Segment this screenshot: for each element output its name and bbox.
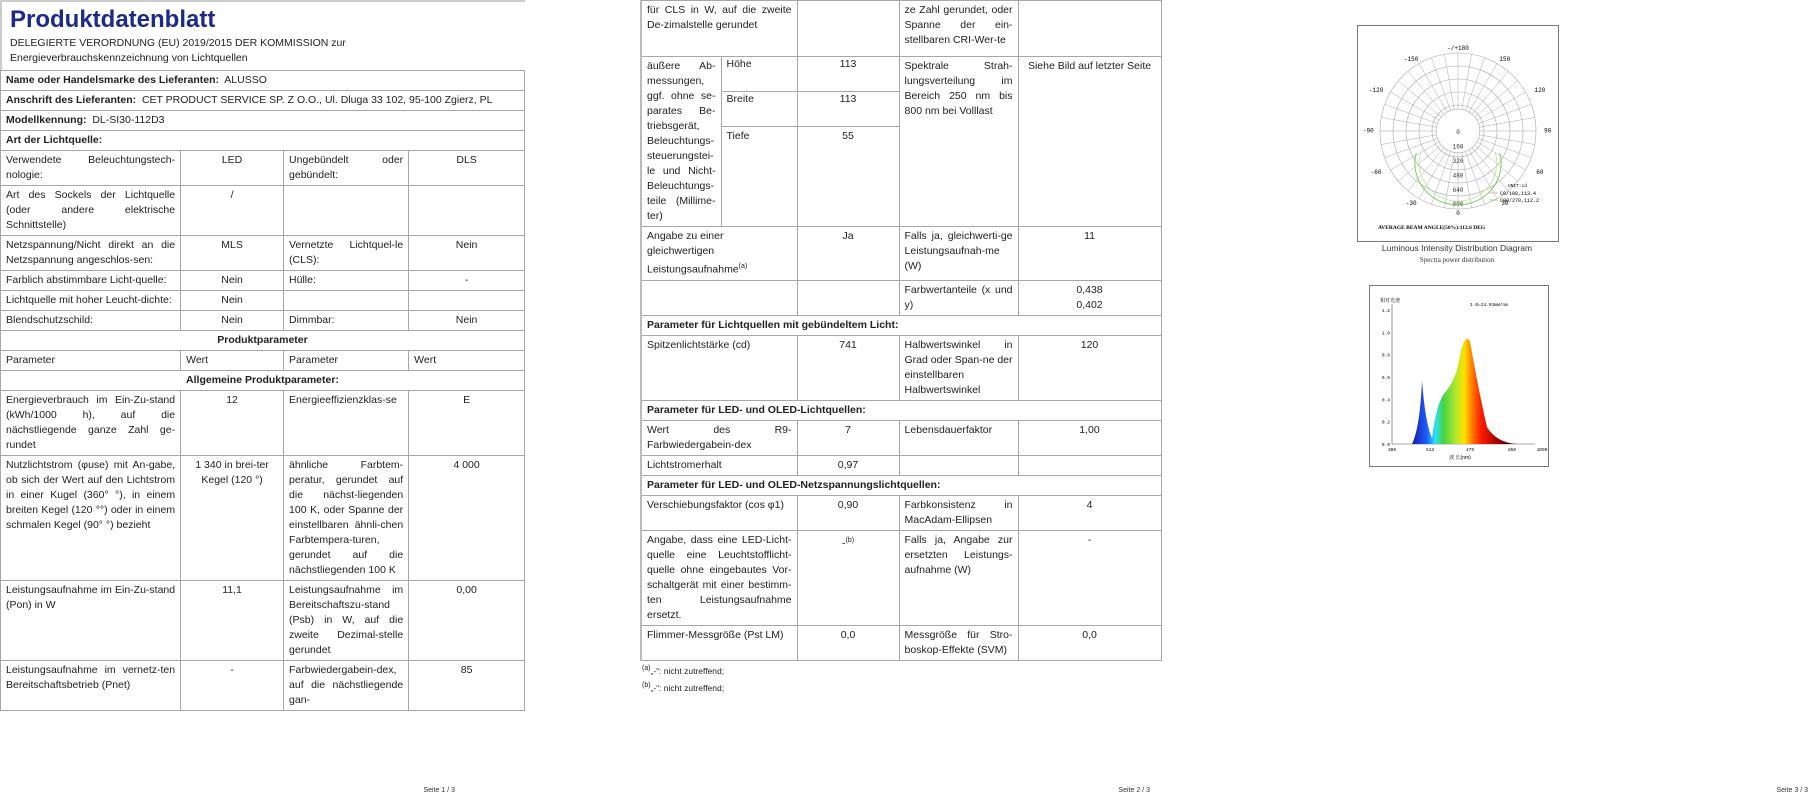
supplier-value: ALUSSO xyxy=(224,74,267,86)
svg-text:AVERAGE BEAM ANGLE(50%):112.6: AVERAGE BEAM ANGLE(50%):112.6 DEG xyxy=(1378,224,1486,231)
param-label: Lichtstromerhalt xyxy=(641,455,797,475)
svg-text:-120: -120 xyxy=(1369,87,1384,94)
svg-text:0.4: 0.4 xyxy=(1382,397,1390,403)
param-label: Leistungsaufnahme im Ein-Zu-stand (Pon) … xyxy=(1,581,181,661)
footnote-b-text: „-“: nicht zutreffend; xyxy=(651,683,725,693)
peak-intensity-value: 741 xyxy=(797,335,899,400)
footnote-b-mark: (b) xyxy=(642,682,651,689)
param-value: 0,00 xyxy=(409,581,525,661)
table-row: Wert des R9-Farbwiedergabein-dex7Lebensd… xyxy=(641,420,1161,455)
regulation-line-2: Energieverbrauchskennzeichnung von Licht… xyxy=(10,51,517,66)
chromaticity-row: Farbwertanteile (x und y) 0,4380,402 xyxy=(641,280,1161,315)
model-label: Modellkennung: xyxy=(6,114,87,126)
col-header-parameter-2: Parameter xyxy=(284,351,409,371)
supplier-row: Name oder Handelsmarke des Lieferanten: … xyxy=(1,71,525,91)
dimension-depth-value: 55 xyxy=(797,127,899,227)
param-label: Energieeffizienzklas-se xyxy=(284,391,409,456)
param-label xyxy=(284,291,409,311)
svg-text:0.6: 0.6 xyxy=(1382,375,1390,381)
param-value: - xyxy=(181,661,284,711)
polar-chart: -/+180-150150-120120-9090-6060-303000160… xyxy=(1358,26,1558,241)
page-1: Produktdatenblatt DELEGIERTE VERORDNUNG … xyxy=(0,0,525,800)
table-row: Leistungsaufnahme im vernetz-ten Bereits… xyxy=(1,661,525,711)
equivalent-power-label: Angabe zu einer gleichwertigen Leistungs… xyxy=(647,230,739,276)
table-row: Flimmer-Messgröße (Pst LM)0,0Messgröße f… xyxy=(641,625,1161,660)
table-row: Art des Sockels der Lichtquelle (oder an… xyxy=(1,186,525,236)
param-value: Nein xyxy=(181,291,284,311)
param-value xyxy=(409,186,525,236)
svg-text:480: 480 xyxy=(1453,172,1464,179)
table-row: Farblich abstimmbare Licht-quelle:NeinHü… xyxy=(1,271,525,291)
model-row: Modellkennung: DL-SI30-112D3 xyxy=(1,111,525,131)
param-value: 1,00 xyxy=(1018,420,1161,455)
equivalent-power-row: Angabe zu einer gleichwertigen Leistungs… xyxy=(641,227,1161,281)
address-row: Anschrift des Lieferanten: CET PRODUCT S… xyxy=(1,91,525,111)
param-value: 4 000 xyxy=(409,456,525,581)
svg-text:C0/180,113.4: C0/180,113.4 xyxy=(1500,191,1536,197)
param-label xyxy=(899,455,1018,475)
svg-text:850: 850 xyxy=(1508,447,1516,453)
document-title: Produktdatenblatt xyxy=(0,0,525,36)
section-led-oled: Parameter für LED- und OLED-Lichtquellen… xyxy=(641,400,1161,420)
table-row: für CLS in W, auf die zweite De-zimalste… xyxy=(641,1,1161,57)
section-led-oled-mains: Parameter für LED- und OLED-Netzspannung… xyxy=(641,475,1161,495)
svg-text:0.8: 0.8 xyxy=(1382,353,1390,359)
param-value: 1 340 in brei-ter Kegel (120 °) xyxy=(181,456,284,581)
table-row: Lichtquelle mit hoher Leucht-dichte:Nein xyxy=(1,291,525,311)
param-value xyxy=(1018,1,1161,57)
param-value: 0,90 xyxy=(797,495,899,530)
param-value xyxy=(1018,455,1161,475)
table-row: Angabe, dass eine LED-Licht-quelle eine … xyxy=(641,530,1161,625)
param-value: 0,97 xyxy=(797,455,899,475)
param-label: Angabe, dass eine LED-Licht-quelle eine … xyxy=(641,530,797,625)
svg-text:1.2: 1.2 xyxy=(1382,308,1390,314)
svg-text:1.0=24.01mW/nm: 1.0=24.01mW/nm xyxy=(1470,302,1508,308)
param-value: 0,0 xyxy=(1018,625,1161,660)
param-label: für CLS in W, auf die zweite De-zimalste… xyxy=(641,1,797,57)
chromaticity-y: 0,402 xyxy=(1024,298,1156,313)
polar-caption: Luminous Intensity Distribution Diagram xyxy=(1357,243,1557,253)
param-value: Nein xyxy=(181,271,284,291)
param-value: 11,1 xyxy=(181,581,284,661)
spectral-power-distribution: 1.21.00.80.60.40.20.0相对光谱1.0=24.01mW/nm3… xyxy=(1369,285,1549,467)
equivalent-wattage-value: 11 xyxy=(1018,227,1161,281)
svg-text:-30: -30 xyxy=(1406,200,1417,207)
param-value: Nein xyxy=(409,311,525,331)
equivalent-power-value: Ja xyxy=(797,227,899,281)
dimension-height-value: 113 xyxy=(797,57,899,92)
table-row: Netzspannung/Nicht direkt an die Netzspa… xyxy=(1,236,525,271)
param-value: E xyxy=(409,391,525,456)
dimension-height-label: Höhe xyxy=(721,57,797,92)
param-value: 12 xyxy=(181,391,284,456)
directional-row: Spitzenlichtstärke (cd) 741 Halbwertswin… xyxy=(641,335,1161,400)
column-header-row: Parameter Wert Parameter Wert xyxy=(1,351,525,371)
spectral-distribution-value: Siehe Bild auf letzter Seite xyxy=(1018,57,1161,227)
section-product-parameters: Produktparameter xyxy=(1,331,525,351)
param-label: Art des Sockels der Lichtquelle (oder an… xyxy=(1,186,181,236)
footnote-marker-a: (a) xyxy=(739,263,748,270)
dimensions-row: äußere Ab-messungen, ggf. ohne se-parate… xyxy=(641,57,1161,92)
param-value: DLS xyxy=(409,151,525,186)
regulation-reference: DELEGIERTE VERORDNUNG (EU) 2019/2015 DER… xyxy=(0,36,525,70)
param-label: Dimmbar: xyxy=(284,311,409,331)
table-row: Blendschutzschild:NeinDimmbar:Nein xyxy=(1,311,525,331)
model-value: DL-SI30-112D3 xyxy=(92,114,164,126)
param-label: Farblich abstimmbare Licht-quelle: xyxy=(1,271,181,291)
svg-text:相对光谱: 相对光谱 xyxy=(1380,297,1400,304)
param-label: Verschiebungsfaktor (cos φ1) xyxy=(641,495,797,530)
table-row: Nutzlichtstrom (φuse) mit An-gabe, ob si… xyxy=(1,456,525,581)
svg-text:150: 150 xyxy=(1499,56,1510,63)
svg-text:320: 320 xyxy=(1453,158,1464,165)
col-header-parameter: Parameter xyxy=(1,351,181,371)
param-label: Vernetzte Lichtquel-le (CLS): xyxy=(284,236,409,271)
svg-text:UNIT:cd: UNIT:cd xyxy=(1508,183,1527,189)
param-value xyxy=(797,1,899,57)
address-value: CET PRODUCT SERVICE SP. Z O.O., Ul. Dlug… xyxy=(142,94,493,106)
param-label: Wert des R9-Farbwiedergabein-dex xyxy=(641,420,797,455)
svg-text:160: 160 xyxy=(1453,143,1464,150)
param-label: Lichtquelle mit hoher Leucht-dichte: xyxy=(1,291,181,311)
svg-text:1000: 1000 xyxy=(1537,447,1548,453)
param-value: 0,0 xyxy=(797,625,899,660)
equivalent-wattage-label: Falls ja, gleichwerti-ge Leistungsaufnah… xyxy=(899,227,1018,281)
svg-text:120: 120 xyxy=(1534,87,1545,94)
param-label: Hülle: xyxy=(284,271,409,291)
footnote-a: (a)„-“: nicht zutreffend; xyxy=(640,661,1160,679)
param-label: ze Zahl gerundet, oder Spanne der ein-st… xyxy=(899,1,1018,57)
svg-text:513: 513 xyxy=(1426,447,1434,453)
svg-text:0.2: 0.2 xyxy=(1382,420,1390,426)
param-label: Farbwiedergabein-dex, auf die nächstlieg… xyxy=(284,661,409,711)
param-label: Verwendete Beleuchtungstech-nologie: xyxy=(1,151,181,186)
param-label: Leistungsaufnahme im vernetz-ten Bereits… xyxy=(1,661,181,711)
dimensions-label: äußere Ab-messungen, ggf. ohne se-parate… xyxy=(641,57,721,227)
footnote-b: (b)„-“: nicht zutreffend; xyxy=(640,678,1160,696)
dimension-depth-label: Tiefe xyxy=(721,127,797,227)
datasheet-table-page-1: Name oder Handelsmarke des Lieferanten: … xyxy=(0,70,525,711)
svg-text:C90/270,112.2: C90/270,112.2 xyxy=(1500,198,1539,204)
svg-text:60: 60 xyxy=(1536,169,1544,176)
svg-text:-/+180: -/+180 xyxy=(1447,45,1469,52)
svg-text:1.0: 1.0 xyxy=(1382,330,1390,336)
dimension-width-label: Breite xyxy=(721,92,797,127)
page-2: für CLS in W, auf die zweite De-zimalste… xyxy=(640,0,1160,800)
address-label: Anschrift des Lieferanten: xyxy=(6,94,136,106)
table-row: Lichtstromerhalt0,97 xyxy=(641,455,1161,475)
param-label: Farbkonsistenz in MacAdam-Ellipsen xyxy=(899,495,1018,530)
param-label: Energieverbrauch im Ein-Zu-stand (kWh/10… xyxy=(1,391,181,456)
param-label: Messgröße für Stro-boskop-Effekte (SVM) xyxy=(899,625,1018,660)
chromaticity-x: 0,438 xyxy=(1024,283,1156,298)
param-label xyxy=(284,186,409,236)
spectrum-chart: 1.21.00.80.60.40.20.0相对光谱1.0=24.01mW/nm3… xyxy=(1370,286,1548,466)
footnote-a-mark: (a) xyxy=(642,665,651,672)
luminous-intensity-diagram: -/+180-150150-120120-9090-6060-303000160… xyxy=(1357,25,1559,242)
svg-text:0: 0 xyxy=(1456,210,1460,217)
page-number-3: Seite 3 / 3 xyxy=(1776,787,1808,794)
svg-text:-90: -90 xyxy=(1363,128,1374,135)
svg-text:波 长(nm): 波 长(nm) xyxy=(1449,454,1471,461)
param-value: / xyxy=(181,186,284,236)
param-value: Nein xyxy=(181,311,284,331)
col-header-value-2: Wert xyxy=(409,351,525,371)
table-row: Energieverbrauch im Ein-Zu-stand (kWh/10… xyxy=(1,391,525,456)
beam-angle-value: 120 xyxy=(1018,335,1161,400)
footnote-a-text: „-“: nicht zutreffend; xyxy=(651,665,725,675)
param-value: 7 xyxy=(797,420,899,455)
param-label: Flimmer-Messgröße (Pst LM) xyxy=(641,625,797,660)
dimension-width-value: 113 xyxy=(797,92,899,127)
svg-text:90: 90 xyxy=(1544,128,1552,135)
param-value: 4 xyxy=(1018,495,1161,530)
regulation-line-1: DELEGIERTE VERORDNUNG (EU) 2019/2015 DER… xyxy=(10,36,517,51)
param-value: LED xyxy=(181,151,284,186)
section-directional: Parameter für Lichtquellen mit gebündelt… xyxy=(641,315,1161,335)
param-value: -(b) xyxy=(797,530,899,625)
param-label: Netzspannung/Nicht direkt an die Netzspa… xyxy=(1,236,181,271)
spectrum-caption: Spectra power distribution xyxy=(1357,256,1557,264)
svg-text:0: 0 xyxy=(1456,129,1460,136)
table-row: Leistungsaufnahme im Ein-Zu-stand (Pon) … xyxy=(1,581,525,661)
param-value: - xyxy=(1018,530,1161,625)
svg-text:-150: -150 xyxy=(1404,56,1419,63)
param-label: Leistungsaufnahme im Bereitschaftszu-sta… xyxy=(284,581,409,661)
page-number-2: Seite 2 / 3 xyxy=(1118,787,1150,794)
table-row: Verwendete Beleuchtungstech-nologie:LEDU… xyxy=(1,151,525,186)
page-number-1: Seite 1 / 3 xyxy=(423,787,455,794)
param-label: Falls ja, Angabe zur ersetzten Leistungs… xyxy=(899,530,1018,625)
svg-text:380: 380 xyxy=(1388,447,1396,453)
section-light-source-type: Art der Lichtquelle: xyxy=(1,131,525,151)
svg-text:479: 479 xyxy=(1466,447,1474,453)
datasheet-table-page-2: für CLS in W, auf die zweite De-zimalste… xyxy=(640,0,1162,661)
chromaticity-label: Farbwertanteile (x und y) xyxy=(899,280,1018,315)
col-header-value: Wert xyxy=(181,351,284,371)
supplier-label: Name oder Handelsmarke des Lieferanten: xyxy=(6,74,219,86)
svg-text:640: 640 xyxy=(1453,187,1464,194)
page-3: -/+180-150150-120120-9090-6060-303000160… xyxy=(1280,0,1812,800)
param-label: Blendschutzschild: xyxy=(1,311,181,331)
param-value: MLS xyxy=(181,236,284,271)
param-value: 85 xyxy=(409,661,525,711)
param-value xyxy=(409,291,525,311)
spectral-distribution-label: Spektrale Strah-lungsverteilung im Berei… xyxy=(899,57,1018,227)
peak-intensity-label: Spitzenlichtstärke (cd) xyxy=(641,335,797,400)
svg-text:-60: -60 xyxy=(1371,169,1382,176)
param-label: ähnliche Farbtem-peratur, gerundet auf d… xyxy=(284,456,409,581)
table-row: Verschiebungsfaktor (cos φ1)0,90Farbkons… xyxy=(641,495,1161,530)
param-label: Ungebündelt oder gebündelt: xyxy=(284,151,409,186)
param-label: Nutzlichtstrom (φuse) mit An-gabe, ob si… xyxy=(1,456,181,581)
section-general-parameters: Allgemeine Produktparameter: xyxy=(1,371,525,391)
beam-angle-label: Halbwertswinkel in Grad oder Span-ne der… xyxy=(899,335,1018,400)
param-label: Lebensdauerfaktor xyxy=(899,420,1018,455)
param-value: Nein xyxy=(409,236,525,271)
param-value: - xyxy=(409,271,525,291)
